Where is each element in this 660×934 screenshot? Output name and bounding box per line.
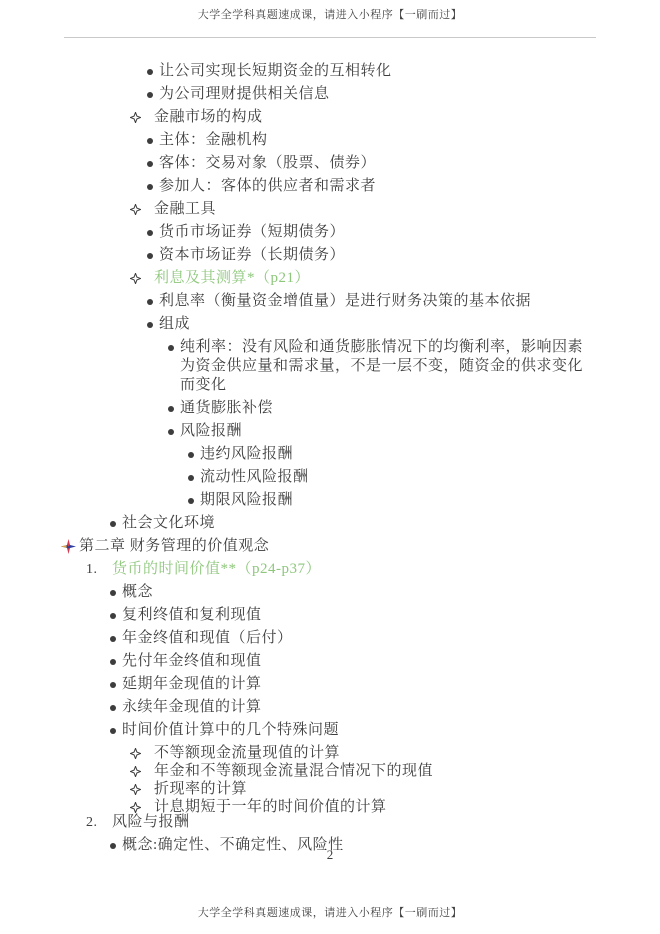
outline-text: 风险与报酬 <box>112 813 598 832</box>
outline-item: 永续年金现值的计算 <box>0 698 660 717</box>
bullet-dot-icon <box>188 452 194 458</box>
outline-item: 金融市场的构成 <box>0 108 660 127</box>
outline-item: 主体：金融机构 <box>0 131 660 150</box>
list-number: 1. <box>86 560 112 579</box>
bullet-dot-icon <box>110 590 116 596</box>
bullet-dot-icon <box>147 138 153 144</box>
outline-text: 利息率（衡量资金增值量）是进行财务决策的基本依据 <box>159 292 598 311</box>
outline-item: 客体：交易对象（股票、债券） <box>0 154 660 173</box>
bullet-dot-icon <box>168 345 174 351</box>
outline-text: 金融工具 <box>154 200 598 219</box>
outline-item: 延期年金现值的计算 <box>0 675 660 694</box>
outline-text: 风险报酬 <box>180 422 598 441</box>
outline-text: 利息及其测算*（p21） <box>154 269 598 288</box>
outline-item: 让公司实现长短期资金的互相转化 <box>0 62 660 81</box>
bullet-dot-icon <box>110 636 116 642</box>
outline-text: 违约风险报酬 <box>200 445 598 464</box>
outline-text: 时间价值计算中的几个特殊问题 <box>122 721 598 740</box>
outline-item: 时间价值计算中的几个特殊问题 <box>0 721 660 740</box>
bullet-dot-icon <box>147 161 153 167</box>
footer-text: 大学全学科真题速成课，请进入小程序【一刷而过】 <box>0 904 660 920</box>
outline-item: 风险报酬 <box>0 422 660 441</box>
bullet-dot-icon <box>147 230 153 236</box>
outline-text: 资本市场证券（长期债务） <box>159 246 598 265</box>
outline-text: 让公司实现长短期资金的互相转化 <box>159 62 598 81</box>
outline-text: 通货膨胀补偿 <box>180 399 598 418</box>
outline-item: 利息及其测算*（p21） <box>0 269 660 288</box>
outline-item: 纯利率：没有风险和通货膨胀情况下的均衡利率，影响因素为资金供应量和需求量，不是一… <box>0 338 660 395</box>
outline-text: 永续年金现值的计算 <box>122 698 598 717</box>
outline-text: 货币市场证券（短期债务） <box>159 223 598 242</box>
bullet-dot-icon <box>147 299 153 305</box>
diamond-star-icon <box>130 802 141 813</box>
outline-text: 货币的时间价值**（p24-p37） <box>112 560 598 579</box>
outline-item: 期限风险报酬 <box>0 491 660 510</box>
bullet-dot-icon <box>110 659 116 665</box>
outline-item: 第二章 财务管理的价值观念 <box>0 537 660 556</box>
outline-text: 第二章 财务管理的价值观念 <box>79 537 598 556</box>
outline-item: 流动性风险报酬 <box>0 468 660 487</box>
outline-content: 让公司实现长短期资金的互相转化 为公司理财提供相关信息 金融市场的构成 主体：金… <box>0 62 660 859</box>
outline-text: 先付年金终值和现值 <box>122 652 598 671</box>
outline-item: 1.货币的时间价值**（p24-p37） <box>0 560 660 579</box>
outline-text: 组成 <box>159 315 598 334</box>
page-number: 2 <box>0 847 660 863</box>
outline-item: 利息率（衡量资金增值量）是进行财务决策的基本依据 <box>0 292 660 311</box>
outline-text: 折现率的计算 <box>154 780 598 798</box>
outline-item: 先付年金终值和现值 <box>0 652 660 671</box>
outline-text: 复利终值和复利现值 <box>122 606 598 625</box>
outline-text: 主体：金融机构 <box>159 131 598 150</box>
bullet-dot-icon <box>147 322 153 328</box>
bullet-dot-icon <box>110 728 116 734</box>
outline-text: 金融市场的构成 <box>154 108 598 127</box>
bullet-dot-icon <box>168 406 174 412</box>
diamond-star-icon <box>130 784 141 795</box>
outline-item: 概念 <box>0 583 660 602</box>
outline-text: 客体：交易对象（股票、债券） <box>159 154 598 173</box>
header-text: 大学全学科真题速成课，请进入小程序【一刷而过】 <box>0 6 660 22</box>
diamond-star-icon <box>130 766 141 777</box>
outline-text: 延期年金现值的计算 <box>122 675 598 694</box>
outline-item: 违约风险报酬 <box>0 445 660 464</box>
outline-item: 为公司理财提供相关信息 <box>0 85 660 104</box>
outline-item: 不等额现金流量现值的计算 <box>0 744 660 762</box>
outline-item: 货币市场证券（短期债务） <box>0 223 660 242</box>
list-number: 2. <box>86 813 112 832</box>
bullet-dot-icon <box>188 498 194 504</box>
outline-item: 金融工具 <box>0 200 660 219</box>
outline-text: 期限风险报酬 <box>200 491 598 510</box>
bullet-dot-icon <box>168 429 174 435</box>
outline-text: 年金终值和现值（后付） <box>122 629 598 648</box>
outline-text: 流动性风险报酬 <box>200 468 598 487</box>
outline-item: 2.风险与报酬 <box>0 813 660 832</box>
outline-item: 参加人：客体的供应者和需求者 <box>0 177 660 196</box>
outline-text: 年金和不等额现金流量混合情况下的现值 <box>154 762 598 780</box>
outline-item: 组成 <box>0 315 660 334</box>
diamond-star-icon <box>130 748 141 759</box>
outline-item: 通货膨胀补偿 <box>0 399 660 418</box>
outline-item: 资本市场证券（长期债务） <box>0 246 660 265</box>
bullet-dot-icon <box>110 705 116 711</box>
outline-text: 纯利率：没有风险和通货膨胀情况下的均衡利率，影响因素为资金供应量和需求量，不是一… <box>180 338 598 395</box>
outline-item: 社会文化环境 <box>0 514 660 533</box>
outline-text: 为公司理财提供相关信息 <box>159 85 598 104</box>
header-rule <box>64 37 596 38</box>
outline-item: 复利终值和复利现值 <box>0 606 660 625</box>
bullet-dot-icon <box>110 682 116 688</box>
outline-item: 年金和不等额现金流量混合情况下的现值 <box>0 762 660 780</box>
bullet-dot-icon <box>147 184 153 190</box>
bullet-dot-icon <box>147 253 153 259</box>
outline-item: 折现率的计算 <box>0 780 660 798</box>
outline-text: 不等额现金流量现值的计算 <box>154 744 598 762</box>
outline-text: 参加人：客体的供应者和需求者 <box>159 177 598 196</box>
diamond-star-icon <box>130 204 141 215</box>
outline-item: 年金终值和现值（后付） <box>0 629 660 648</box>
bullet-dot-icon <box>188 475 194 481</box>
bullet-dot-icon <box>110 521 116 527</box>
outline-text: 概念 <box>122 583 598 602</box>
bullet-dot-icon <box>147 92 153 98</box>
chapter-star-icon <box>61 539 76 554</box>
diamond-star-icon <box>130 273 141 284</box>
outline-text: 社会文化环境 <box>122 514 598 533</box>
diamond-star-icon <box>130 112 141 123</box>
bullet-dot-icon <box>110 613 116 619</box>
bullet-dot-icon <box>147 69 153 75</box>
